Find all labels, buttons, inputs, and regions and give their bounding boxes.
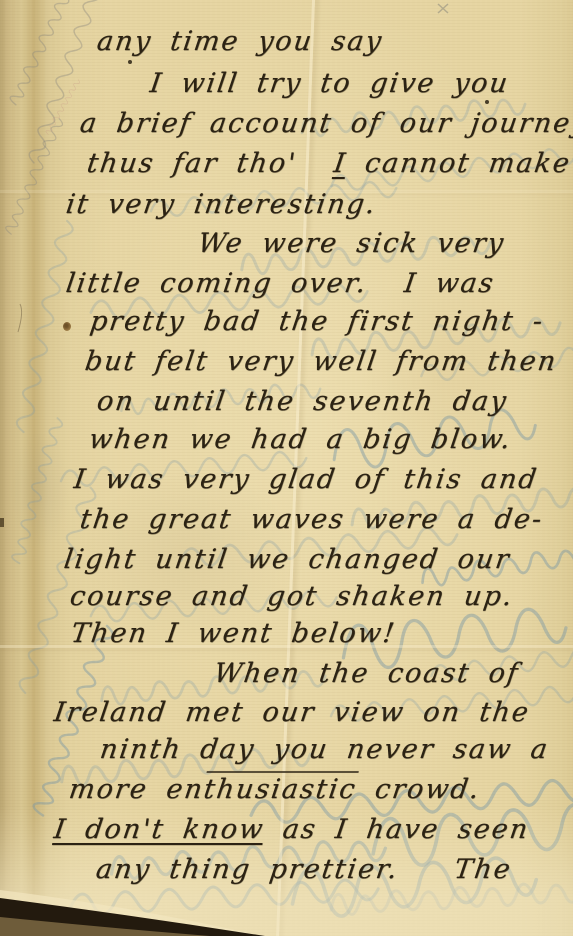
line-text: a brief account of our journey [78, 108, 573, 139]
line-text: pretty bad the first night - [88, 306, 546, 337]
handwritten-line: pretty bad the first night - [88, 306, 546, 337]
handwritten-line: ninth day you never saw a [98, 734, 551, 765]
handwritten-line: I will try to give you [148, 68, 511, 99]
underlined-phrase: I don't know [52, 814, 267, 845]
line-text: it very interesting. [64, 189, 379, 220]
edge-mark [0, 518, 4, 527]
handwritten-line: more enthusiastic crowd. [67, 774, 483, 805]
line-text: cannot make [344, 148, 573, 179]
line-text: I will try to give you [148, 68, 511, 99]
handwritten-line: I was very glad of this and [72, 464, 540, 495]
handwritten-line: the great waves were a de- [78, 504, 545, 535]
handwritten-line: on until the seventh day [95, 386, 510, 417]
line-text: any thing prettier. The [94, 854, 514, 885]
line-text: course and got shaken up. [68, 581, 516, 612]
line-text: ninth day you never saw a [98, 734, 551, 765]
handwritten-line: We were sick very [196, 228, 507, 259]
handwritten-line: I don't know as I have seen [52, 814, 531, 845]
paper-spot [63, 322, 71, 331]
line-text: crowd. [354, 774, 482, 805]
handwritten-line: When the coast of [212, 658, 521, 689]
handwritten-line: any time you say [95, 26, 385, 57]
line-text: thus far tho' [85, 148, 336, 179]
paper-smudge [10, 430, 70, 550]
handwritten-line: Ireland met our view on the [52, 697, 532, 728]
handwritten-line: course and got shaken up. [68, 581, 516, 612]
line-text: light until we changed our [62, 544, 513, 575]
ink-dot [128, 60, 132, 64]
handwritten-line: when we had a big blow. [87, 424, 514, 455]
line-text: when we had a big blow. [87, 424, 514, 455]
line-text: the great waves were a de- [78, 504, 545, 535]
line-text: When the coast of [212, 658, 521, 689]
line-text: We were sick very [196, 228, 507, 259]
line-text: more en [67, 774, 206, 805]
line-text: Then I went below! [69, 618, 398, 649]
handwritten-line: little coming over. I was [64, 268, 497, 299]
line-text: I was very glad of this and [72, 464, 540, 495]
handwritten-line: a brief account of our journey [78, 108, 573, 139]
line-text: but felt very well from then [83, 346, 559, 377]
handwritten-line: it very interesting. [64, 189, 379, 220]
line-text: Ireland met our view on the [52, 697, 532, 728]
overlined-word: thusiastic [202, 771, 359, 805]
line-text: little coming over. I was [64, 268, 497, 299]
ink-dot [485, 100, 489, 104]
handwritten-line: thus far tho' I cannot make [85, 148, 573, 179]
handwritten-line: but felt very well from then [83, 346, 559, 377]
handwritten-line: Then I went below! [69, 618, 398, 649]
line-text: on until the seventh day [95, 386, 510, 417]
letter-page: any time you say I will try to give you … [0, 0, 573, 936]
line-text: as I have seen [262, 814, 531, 845]
line-text: any time you say [95, 26, 385, 57]
handwritten-line: any thing prettier. The [94, 854, 514, 885]
handwritten-line: light until we changed our [62, 544, 513, 575]
